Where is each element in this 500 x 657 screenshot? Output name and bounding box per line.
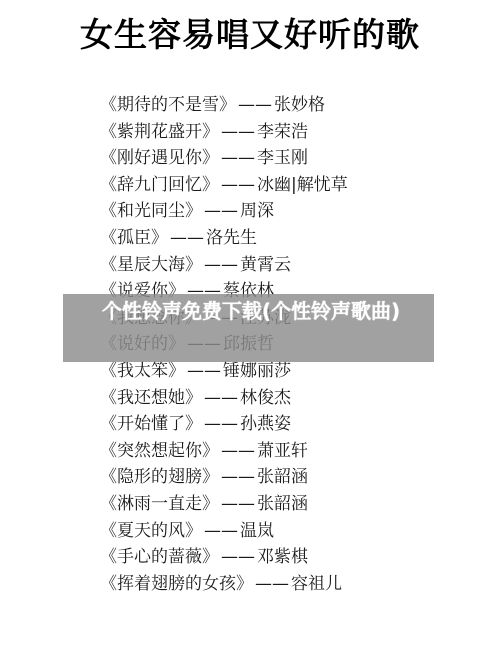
separator: ——: [238, 95, 272, 115]
list-item: 《隐形的翅膀》——张韶涵: [100, 464, 348, 491]
list-item: 《淋雨一直走》——张韶涵: [100, 491, 348, 518]
song-artist: 萧亚轩: [257, 441, 308, 461]
separator: ——: [187, 361, 221, 381]
song-artist: 张韶涵: [257, 467, 308, 487]
song-artist: 李荣浩: [257, 122, 308, 142]
separator: ——: [221, 547, 255, 567]
caption-overlay-text[interactable]: 个性铃声免费下载(个性铃声歌曲): [71, 296, 431, 326]
separator: ——: [221, 122, 255, 142]
song-artist: 温岚: [240, 521, 274, 541]
song-title: 《隐形的翅膀》: [100, 467, 219, 487]
separator: ——: [204, 255, 238, 275]
song-artist: 容祖儿: [291, 574, 342, 594]
list-item: 《我还想她》——林俊杰: [100, 385, 348, 412]
list-item: 《孤臣》——洛先生: [100, 225, 348, 252]
separator: ——: [221, 467, 255, 487]
page-title: 女生容易唱又好听的歌: [0, 9, 500, 56]
song-title: 《期待的不是雪》: [100, 95, 236, 115]
song-title: 《辞九门回忆》: [100, 175, 219, 195]
song-artist: 黄霄云: [240, 255, 291, 275]
song-artist: 冰幽|解忧草: [257, 175, 348, 195]
list-item: 《紫荆花盛开》——李荣浩: [100, 119, 348, 146]
separator: ——: [221, 441, 255, 461]
separator: ——: [170, 228, 204, 248]
list-item: 《星辰大海》——黄霄云: [100, 252, 348, 279]
song-artist: 张韶涵: [257, 494, 308, 514]
list-item: 《辞九门回忆》——冰幽|解忧草: [100, 172, 348, 199]
song-artist: 林俊杰: [240, 388, 291, 408]
separator: ——: [204, 388, 238, 408]
list-item: 《和光同尘》——周深: [100, 198, 348, 225]
separator: ——: [221, 494, 255, 514]
separator: ——: [204, 201, 238, 221]
song-artist: 周深: [240, 201, 274, 221]
song-title: 《我太笨》: [100, 361, 185, 381]
separator: ——: [204, 414, 238, 434]
song-artist: 张妙格: [274, 95, 325, 115]
song-artist: 锤娜丽莎: [223, 361, 291, 381]
separator: ——: [255, 574, 289, 594]
song-title: 《刚好遇见你》: [100, 148, 219, 168]
separator: ——: [221, 148, 255, 168]
song-title: 《我还想她》: [100, 388, 202, 408]
song-title: 《星辰大海》: [100, 255, 202, 275]
separator: ——: [221, 175, 255, 195]
list-item: 《开始懂了》——孙燕姿: [100, 411, 348, 438]
song-artist: 孙燕姿: [240, 414, 291, 434]
list-item: 《夏天的风》——温岚: [100, 518, 348, 545]
song-title: 《淋雨一直走》: [100, 494, 219, 514]
song-title: 《和光同尘》: [100, 201, 202, 221]
list-item: 《突然想起你》——萧亚轩: [100, 438, 348, 465]
separator: ——: [204, 521, 238, 541]
list-item: 《挥着翅膀的女孩》——容祖儿: [100, 571, 348, 598]
song-title: 《夏天的风》: [100, 521, 202, 541]
list-item: 《期待的不是雪》——张妙格: [100, 92, 348, 119]
list-item: 《手心的蔷薇》——邓紫棋: [100, 544, 348, 571]
song-title: 《开始懂了》: [100, 414, 202, 434]
song-title: 《突然想起你》: [100, 441, 219, 461]
song-title: 《挥着翅膀的女孩》: [100, 574, 253, 594]
song-title: 《手心的蔷薇》: [100, 547, 219, 567]
song-title: 《紫荆花盛开》: [100, 122, 219, 142]
song-title: 《孤臣》: [100, 228, 168, 248]
song-artist: 李玉刚: [257, 148, 308, 168]
list-item: 《刚好遇见你》——李玉刚: [100, 145, 348, 172]
song-artist: 洛先生: [206, 228, 257, 248]
song-artist: 邓紫棋: [257, 547, 308, 567]
